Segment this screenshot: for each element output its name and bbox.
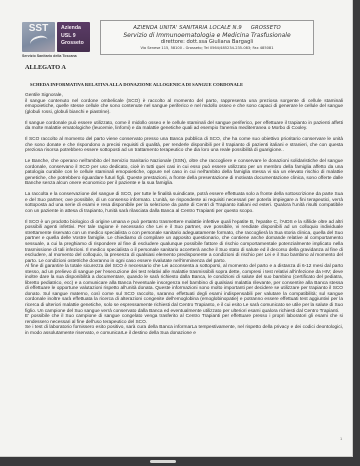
usl-line-3: Grosseto [61,40,90,48]
document-page: SST Azienda USL 9 Grosseto Servizio Sani… [0,0,353,457]
paragraph-1: il sangue contenuto nel cordone ombelica… [25,99,343,116]
scan-edge-mark [150,460,176,463]
paragraph-2: Il sangue cordonale può essere utilizzat… [25,121,343,132]
paragraph-4: Le Banche, che operano nell'ambito del S… [25,159,343,187]
letterhead-agency: AZIENDA UNITA' SANITARIA LOCALE N.9 GROS… [101,25,313,31]
page-number: 1 [340,436,342,441]
usl-line-2: USL 9 [61,33,90,41]
usl-logo-block: Azienda USL 9 Grosseto [57,22,90,52]
paragraph-9: Se i test di laboratorio fornissero esit… [25,325,343,336]
paragraph-5: La raccolta e la conservazione del sangu… [25,192,343,214]
usl-line-1: Azienda [61,25,90,33]
letterhead-box: AZIENDA UNITA' SANITARIA LOCALE N.9 GROS… [100,20,314,55]
document-body: Gentile Signorale, il sangue contenuto n… [25,93,343,336]
paragraph-3: Il SCO raccolto al momento del parto vie… [25,137,343,154]
paragraph-6: Il SCO è un prodotto biologico di origin… [25,220,343,264]
usl-logo: SST Azienda USL 9 Grosseto Servizio Sani… [22,22,90,54]
annex-label: ALLEGATO A [25,64,66,71]
letterhead-director: direttore: dott.ssa Giuliana Bargagli [101,39,313,45]
letterhead-address: Via Senese 115, 58100 - Grosseto; Tel 05… [101,46,313,50]
paragraph-8: E' possibile che il Suo campione di sang… [25,314,343,325]
paragraph-7: Al fine di garantire la totale sicurezza… [25,264,343,314]
logo-caption: Servizio Sanitario della Toscana [22,54,112,58]
sst-logo-block: SST [22,22,55,52]
sst-logo-text: SST [29,23,48,34]
document-title: SCHEDA INFORMATIVA RELATIVA ALLA DONAZIO… [30,82,243,87]
letterhead-service: Servizio di Immunoematologia e Medicina … [101,32,313,39]
bird-icon [29,34,49,50]
